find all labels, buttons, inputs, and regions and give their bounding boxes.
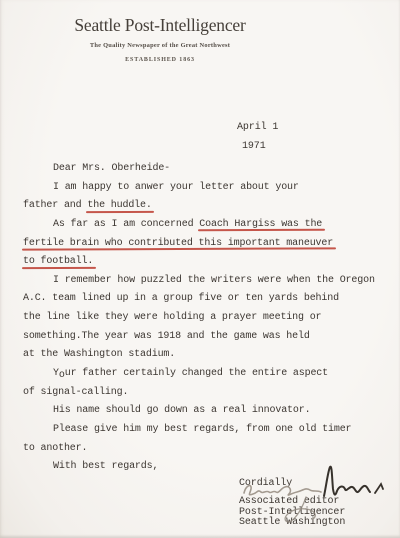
letter-line: His name should go down as a real innova… bbox=[23, 402, 395, 421]
body-text: the line like they were holding a prayer… bbox=[23, 312, 321, 323]
body-text: Dear Mrs. Oberheide- bbox=[53, 163, 170, 174]
body-text: ur father certainly changed the entire a… bbox=[65, 368, 328, 379]
body-text: o bbox=[59, 370, 65, 381]
letter-line: Dear Mrs. Oberheide- bbox=[23, 160, 395, 179]
letter-line: to football. bbox=[23, 253, 395, 272]
letter-line: fertile brain who contributed this impor… bbox=[23, 235, 395, 254]
body-text: With best regards, bbox=[53, 461, 158, 472]
letterhead-established: ESTABLISHED 1863 bbox=[0, 57, 320, 63]
body-text: As far as I am concerned bbox=[53, 219, 199, 230]
red-underlined-text: Coach Hargiss was the bbox=[199, 219, 322, 230]
body-text: A.C. team lined up in a group five or te… bbox=[23, 293, 339, 304]
closing-block: Cordially Associated editor Post-Intelli… bbox=[239, 479, 345, 528]
body-text: His name should go down as a real innova… bbox=[53, 405, 310, 416]
body-text: Please give him my best regards, from on… bbox=[53, 424, 351, 435]
letter-line: Your father certainly changed the entire… bbox=[23, 365, 395, 384]
closing-location: Seattle Washington bbox=[239, 518, 345, 528]
closing-cordially: Cordially bbox=[239, 479, 345, 489]
body-text: Y bbox=[53, 368, 59, 379]
red-underlined-text: the huddle. bbox=[87, 200, 151, 211]
letterhead-tagline: The Quality Newspaper of the Great North… bbox=[0, 42, 320, 49]
date-block: April 1 1971 bbox=[237, 118, 278, 156]
red-underlined-text: fertile brain who contributed this impor… bbox=[23, 238, 333, 249]
body-text: father and bbox=[23, 200, 87, 211]
body-text: to another. bbox=[23, 443, 87, 454]
body-text: of signal-calling. bbox=[23, 387, 128, 398]
body-text: something.The year was 1918 and the game… bbox=[23, 331, 310, 342]
letter-line: Please give him my best regards, from on… bbox=[23, 421, 395, 440]
date-year: 1971 bbox=[242, 137, 278, 156]
body-text: I am happy to anwer your letter about yo… bbox=[53, 182, 299, 193]
letter-line: of signal-calling. bbox=[23, 384, 395, 403]
body-text: at the Washington stadium. bbox=[23, 349, 175, 360]
letter-line: As far as I am concerned Coach Hargiss w… bbox=[23, 216, 395, 235]
letter-line: With best regards, bbox=[23, 458, 395, 477]
red-underlined-text: to football. bbox=[23, 256, 93, 267]
letter-body: Dear Mrs. Oberheide-I am happy to anwer … bbox=[23, 160, 395, 477]
letterhead: Seattle Post-Intelligencer The Quality N… bbox=[0, 16, 320, 63]
letter-line: at the Washington stadium. bbox=[23, 346, 395, 365]
letter-line: the line like they were holding a prayer… bbox=[23, 309, 395, 328]
letter-line: something.The year was 1918 and the game… bbox=[23, 328, 395, 347]
letter-line: father and the huddle. bbox=[23, 197, 395, 216]
date-month-day: April 1 bbox=[237, 118, 278, 137]
letter-line: to another. bbox=[23, 440, 395, 459]
newspaper-masthead: Seattle Post-Intelligencer bbox=[0, 16, 320, 34]
body-text: I remember how puzzled the writers were … bbox=[53, 275, 375, 286]
letter-line: A.C. team lined up in a group five or te… bbox=[23, 290, 395, 309]
letter-line: I am happy to anwer your letter about yo… bbox=[23, 179, 395, 198]
letter-page: Seattle Post-Intelligencer The Quality N… bbox=[0, 0, 400, 538]
letter-line: I remember how puzzled the writers were … bbox=[23, 272, 395, 291]
